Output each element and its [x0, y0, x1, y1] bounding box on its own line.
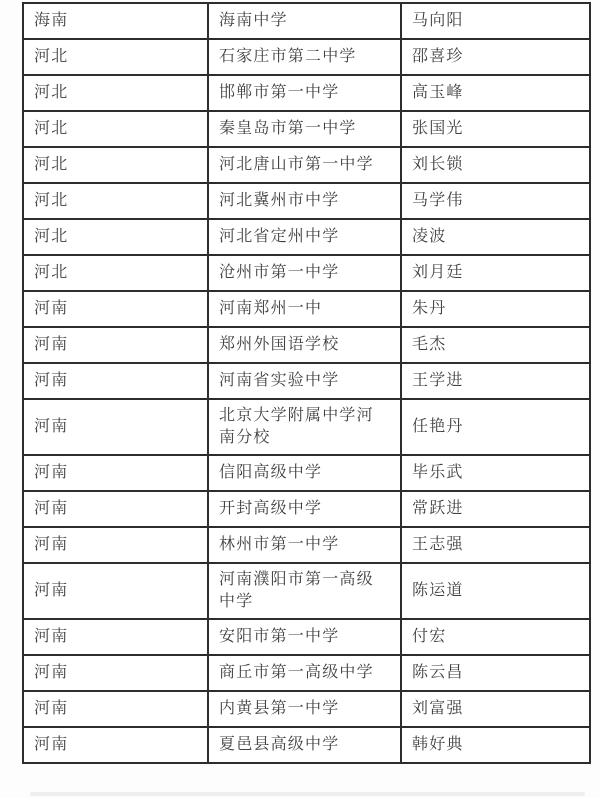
- person-cell: 常跃进: [401, 491, 590, 527]
- table-row: 河北邯郸市第一中学高玉峰: [23, 75, 590, 111]
- person-cell: 付宏: [401, 619, 590, 655]
- person-cell: 高玉峰: [401, 75, 590, 111]
- table-row: 河南商丘市第一高级中学陈云昌: [23, 655, 590, 691]
- school-cell: 北京大学附属中学河南分校: [208, 399, 401, 455]
- school-cell: 石家庄市第二中学: [208, 39, 401, 75]
- school-cell: 郑州外国语学校: [208, 327, 401, 363]
- person-cell: 韩好典: [401, 727, 590, 763]
- person-cell: 毛杰: [401, 327, 590, 363]
- school-cell: 安阳市第一中学: [208, 619, 401, 655]
- person-cell: 陈运道: [401, 563, 590, 619]
- person-cell: 张国光: [401, 111, 590, 147]
- person-cell: 任艳丹: [401, 399, 590, 455]
- province-cell: 河北: [23, 147, 208, 183]
- page: 海南海南中学马向阳河北石家庄市第二中学邵喜珍河北邯郸市第一中学高玉峰河北秦皇岛市…: [0, 0, 600, 798]
- province-cell: 河南: [23, 563, 208, 619]
- table-body: 海南海南中学马向阳河北石家庄市第二中学邵喜珍河北邯郸市第一中学高玉峰河北秦皇岛市…: [23, 3, 590, 763]
- table-row: 河南林州市第一中学王志强: [23, 527, 590, 563]
- school-cell: 河北唐山市第一中学: [208, 147, 401, 183]
- school-cell: 邯郸市第一中学: [208, 75, 401, 111]
- province-cell: 河南: [23, 619, 208, 655]
- province-cell: 河北: [23, 255, 208, 291]
- person-cell: 马向阳: [401, 3, 590, 39]
- person-cell: 凌波: [401, 219, 590, 255]
- province-cell: 河南: [23, 691, 208, 727]
- person-cell: 毕乐武: [401, 455, 590, 491]
- province-cell: 河南: [23, 491, 208, 527]
- table-row: 河北石家庄市第二中学邵喜珍: [23, 39, 590, 75]
- table-row: 海南海南中学马向阳: [23, 3, 590, 39]
- province-cell: 河南: [23, 655, 208, 691]
- province-cell: 河北: [23, 39, 208, 75]
- person-cell: 邵喜珍: [401, 39, 590, 75]
- person-cell: 马学伟: [401, 183, 590, 219]
- province-cell: 河南: [23, 527, 208, 563]
- table-row: 河南北京大学附属中学河南分校任艳丹: [23, 399, 590, 455]
- person-cell: 刘月廷: [401, 255, 590, 291]
- table-row: 河南夏邑县高级中学韩好典: [23, 727, 590, 763]
- table-row: 河南开封高级中学常跃进: [23, 491, 590, 527]
- person-cell: 刘富强: [401, 691, 590, 727]
- school-cell: 信阳高级中学: [208, 455, 401, 491]
- school-cell: 夏邑县高级中学: [208, 727, 401, 763]
- school-cell: 内黄县第一中学: [208, 691, 401, 727]
- province-cell: 河北: [23, 219, 208, 255]
- school-principal-table: 海南海南中学马向阳河北石家庄市第二中学邵喜珍河北邯郸市第一中学高玉峰河北秦皇岛市…: [22, 2, 591, 764]
- province-cell: 河南: [23, 291, 208, 327]
- province-cell: 海南: [23, 3, 208, 39]
- province-cell: 河南: [23, 727, 208, 763]
- school-cell: 河北冀州市中学: [208, 183, 401, 219]
- province-cell: 河南: [23, 455, 208, 491]
- table-row: 河南信阳高级中学毕乐武: [23, 455, 590, 491]
- person-cell: 王学进: [401, 363, 590, 399]
- table-row: 河南河南濮阳市第一高级中学陈运道: [23, 563, 590, 619]
- person-cell: 陈云昌: [401, 655, 590, 691]
- person-cell: 刘长锁: [401, 147, 590, 183]
- table-shadow: [30, 792, 585, 796]
- school-cell: 河南省实验中学: [208, 363, 401, 399]
- table-row: 河北沧州市第一中学刘月廷: [23, 255, 590, 291]
- school-cell: 开封高级中学: [208, 491, 401, 527]
- province-cell: 河南: [23, 327, 208, 363]
- table-row: 河北河北省定州中学凌波: [23, 219, 590, 255]
- school-cell: 河南郑州一中: [208, 291, 401, 327]
- school-cell: 林州市第一中学: [208, 527, 401, 563]
- table-row: 河南河南省实验中学王学进: [23, 363, 590, 399]
- table-row: 河南郑州外国语学校毛杰: [23, 327, 590, 363]
- school-cell: 河南濮阳市第一高级中学: [208, 563, 401, 619]
- table-row: 河南内黄县第一中学刘富强: [23, 691, 590, 727]
- table-row: 河南河南郑州一中朱丹: [23, 291, 590, 327]
- person-cell: 朱丹: [401, 291, 590, 327]
- province-cell: 河北: [23, 183, 208, 219]
- province-cell: 河南: [23, 399, 208, 455]
- province-cell: 河北: [23, 111, 208, 147]
- school-cell: 海南中学: [208, 3, 401, 39]
- table-row: 河北秦皇岛市第一中学张国光: [23, 111, 590, 147]
- school-cell: 河北省定州中学: [208, 219, 401, 255]
- province-cell: 河南: [23, 363, 208, 399]
- table-row: 河南安阳市第一中学付宏: [23, 619, 590, 655]
- table-row: 河北河北唐山市第一中学刘长锁: [23, 147, 590, 183]
- school-cell: 商丘市第一高级中学: [208, 655, 401, 691]
- table-row: 河北河北冀州市中学马学伟: [23, 183, 590, 219]
- school-cell: 秦皇岛市第一中学: [208, 111, 401, 147]
- person-cell: 王志强: [401, 527, 590, 563]
- school-cell: 沧州市第一中学: [208, 255, 401, 291]
- province-cell: 河北: [23, 75, 208, 111]
